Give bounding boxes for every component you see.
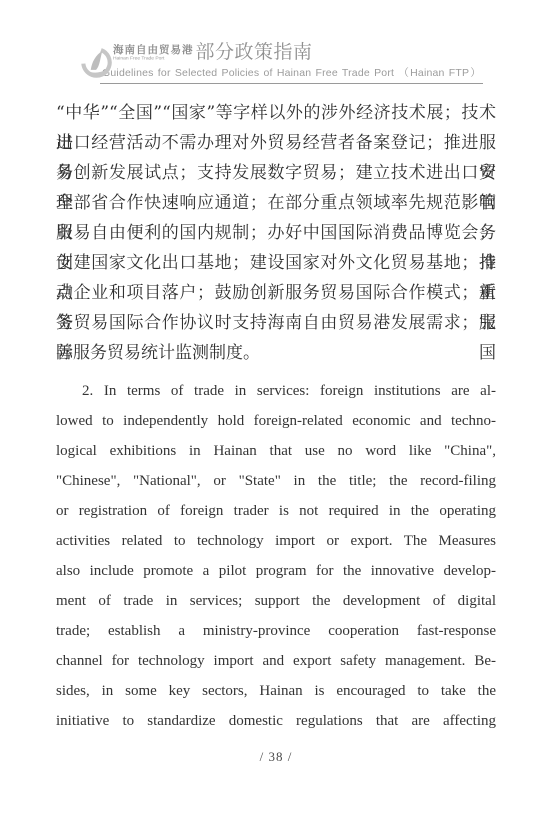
text-line: activities related to technology import … bbox=[56, 526, 496, 556]
text-line: 创建国家文化出口基地；建设国家对外文化贸易基地；推动重 bbox=[56, 248, 496, 278]
text-line: trade; establish a ministry-province coo… bbox=[56, 616, 496, 646]
text-line: sides, in some key sectors, Hainan is en… bbox=[56, 676, 496, 706]
text-line: “中华”“全国”“国家”等字样以外的涉外经济技术展；技术进 bbox=[56, 98, 496, 128]
brand-name-english-small: Hainan Free Trade Port bbox=[113, 56, 179, 61]
text-line: ment of trade in services; support the d… bbox=[56, 586, 496, 616]
document-series-title: 部分政策指南 bbox=[196, 43, 313, 62]
text-line: channel for technology import and export… bbox=[56, 646, 496, 676]
text-line: 点企业和项目落户；鼓励创新服务贸易国际合作模式；新签服 bbox=[56, 278, 496, 308]
document-page: 海南自由贸易港 Hainan Free Trade Port 部分政策指南 Gu… bbox=[0, 0, 552, 817]
text-line: "Chinese", "National", or "State" in the… bbox=[56, 466, 496, 496]
brand-cn-block: 海南自由贸易港 Hainan Free Trade Port bbox=[113, 45, 194, 62]
text-line: 出口经营活动不需办理对外贸易经营者备案登记；推进服务贸 bbox=[56, 128, 496, 158]
text-line: lowed to independently hold foreign-rela… bbox=[56, 406, 496, 436]
header-subtitle: Guidelines for Selected Policies of Hain… bbox=[100, 65, 483, 80]
text-line: 贸易自由便利的国内规制；办好中国国际消费品博览会；支持 bbox=[56, 218, 496, 248]
page-number: / 38 / bbox=[0, 749, 552, 765]
text-line: 2. In terms of trade in services: foreig… bbox=[56, 376, 496, 406]
text-line: also include promote a pilot program for… bbox=[56, 556, 496, 586]
text-line: initiative to standardize domestic regul… bbox=[56, 706, 496, 736]
text-line: or registration of foreign trader is not… bbox=[56, 496, 496, 526]
text-line: 易创新发展试点；支持发展数字贸易；建立技术进出口安全管 bbox=[56, 158, 496, 188]
paragraph-chinese: “中华”“全国”“国家”等字样以外的涉外经济技术展；技术进出口经营活动不需办理对… bbox=[56, 98, 496, 368]
page-header: 海南自由贸易港 Hainan Free Trade Port 部分政策指南 Gu… bbox=[80, 43, 484, 84]
brand-row: 海南自由贸易港 Hainan Free Trade Port 部分政策指南 bbox=[113, 43, 484, 62]
brand-name-chinese: 海南自由贸易港 bbox=[113, 45, 194, 56]
header-underline: Guidelines for Selected Policies of Hain… bbox=[100, 65, 483, 84]
text-line: 理部省合作快速响应通道；在部分重点领域率先规范影响服务 bbox=[56, 188, 496, 218]
hainan-ftp-sail-logo-icon bbox=[80, 46, 113, 79]
paragraph-english: 2. In terms of trade in services: foreig… bbox=[56, 376, 496, 736]
text-line: 务贸易国际合作协议时支持海南自由贸易港发展需求；完善国 bbox=[56, 308, 496, 338]
text-line: logical exhibitions in Hainan that use n… bbox=[56, 436, 496, 466]
